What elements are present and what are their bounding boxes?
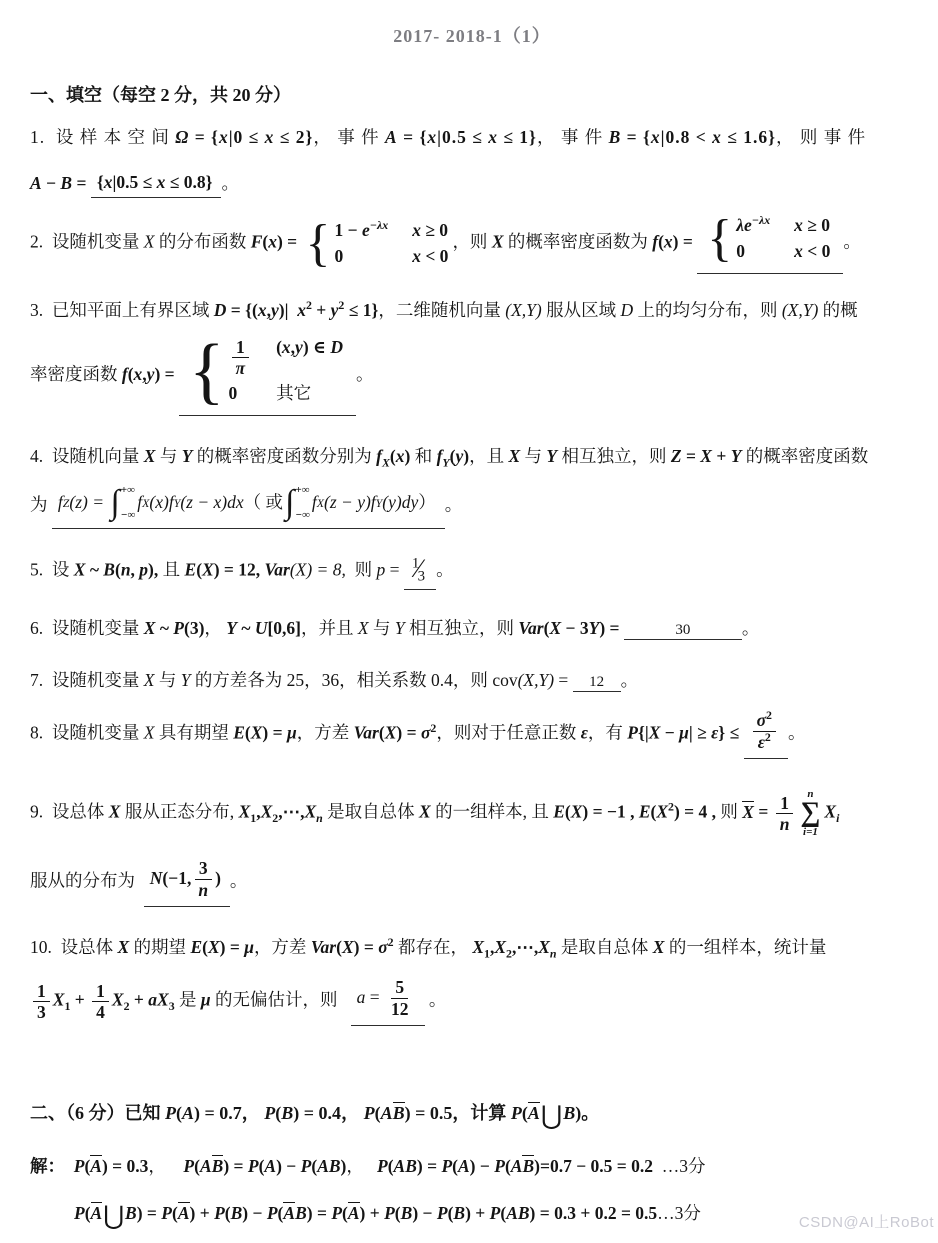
math-text: A bbox=[200, 1156, 212, 1176]
math-text: 。 bbox=[221, 173, 239, 193]
math-text: 是 bbox=[175, 990, 201, 1010]
math-text: λe bbox=[736, 215, 752, 235]
math-text: 4. 设随机向量 bbox=[30, 446, 144, 466]
math-text: N bbox=[150, 868, 163, 890]
fraction-denominator: ε2 bbox=[754, 732, 775, 753]
question-7-line: 7. 设随机变量 X 与 Y 的方差各为 25，36，相关系数 0.4，则 co… bbox=[30, 670, 914, 692]
math-text: ε bbox=[758, 732, 765, 752]
math-text: ) + bbox=[465, 1203, 490, 1223]
math-text: ) = bbox=[223, 1156, 248, 1176]
fraction-denominator: 3 bbox=[33, 1002, 50, 1023]
math-text: A bbox=[178, 1203, 190, 1223]
math-text: = bbox=[72, 173, 91, 193]
math-text: x bbox=[794, 215, 803, 235]
math-text: = bbox=[365, 987, 384, 1009]
fraction: 3n bbox=[194, 858, 212, 900]
math-text: (z − y) bbox=[324, 492, 371, 514]
math-text: 1 bbox=[96, 981, 105, 1001]
fraction-denominator: 12 bbox=[387, 999, 413, 1020]
integral-symbol: ∫ bbox=[110, 486, 119, 520]
math-text: ， 事 件 bbox=[537, 127, 609, 147]
math-text: A bbox=[348, 1203, 360, 1223]
math-text: (z) = bbox=[69, 492, 108, 514]
watermark: CSDN@AI上RoBot bbox=[799, 1211, 934, 1232]
math-text: x bbox=[219, 127, 229, 147]
fraction: 1π bbox=[232, 337, 250, 379]
overline-expression: A bbox=[178, 1202, 190, 1222]
math-text: ） bbox=[418, 492, 436, 514]
math-text: 则 bbox=[346, 559, 377, 579]
integral-lower-limit: −∞ bbox=[295, 510, 310, 521]
math-text: X bbox=[53, 990, 65, 1010]
fraction: 512 bbox=[387, 977, 413, 1019]
math-text: P bbox=[441, 1156, 452, 1176]
union-symbol: ⋃ bbox=[103, 1204, 124, 1229]
math-subscript: n bbox=[316, 811, 323, 825]
math-text: ，有 bbox=[588, 723, 627, 743]
math-text: x bbox=[794, 241, 803, 261]
math-text: < 0 bbox=[421, 246, 448, 266]
math-text: ， bbox=[204, 618, 226, 638]
math-text: A bbox=[264, 1156, 276, 1176]
fraction-numerator: 1 bbox=[232, 337, 249, 359]
math-text: ,⋯, bbox=[512, 937, 538, 957]
math-text: Y bbox=[181, 670, 191, 690]
math-text: B bbox=[563, 1103, 575, 1123]
union-symbol: ⋃ bbox=[541, 1103, 562, 1129]
math-text: ) = 0.3 + 0.2 = 0.5 bbox=[530, 1203, 658, 1223]
math-text: |0.8 < bbox=[661, 127, 712, 147]
math-text: (−1, bbox=[162, 868, 191, 890]
math-text: μ bbox=[201, 990, 211, 1010]
math-text: μ bbox=[244, 937, 254, 957]
math-text: (y)dy bbox=[382, 492, 418, 514]
math-text: ≤ 1.6} bbox=[722, 127, 776, 147]
math-text: 2. 设随机变量 bbox=[30, 232, 144, 252]
math-text: 的概 bbox=[818, 300, 857, 320]
math-text: Y bbox=[376, 496, 383, 510]
fraction-numerator: 1 bbox=[33, 981, 50, 1003]
math-text: n bbox=[550, 947, 557, 961]
integral-upper-limit: +∞ bbox=[295, 485, 310, 496]
math-text: { bbox=[97, 172, 104, 194]
math-text: X bbox=[304, 802, 316, 822]
math-text: B bbox=[103, 559, 115, 579]
solution-line-1: 解： P(A) = 0.3， P(AB) = P(A) − P(AB)， P(A… bbox=[30, 1155, 914, 1178]
math-subscript: Y bbox=[442, 455, 449, 469]
math-text: A bbox=[381, 1103, 393, 1123]
math-text: {| bbox=[638, 723, 649, 743]
math-text: P bbox=[173, 618, 184, 638]
math-text: 10. 设总体 bbox=[30, 937, 118, 957]
math-text: −λx bbox=[752, 213, 770, 227]
math-text: 。 bbox=[581, 1103, 599, 1123]
question-9-line-2: 服从的分布为 N(−1,3n)。 bbox=[30, 858, 914, 907]
math-text: x bbox=[412, 220, 421, 240]
math-text: 1 − bbox=[335, 220, 362, 240]
math-text: 5. 设 bbox=[30, 559, 74, 579]
math-text: P bbox=[301, 1156, 312, 1176]
math-text: 解： bbox=[30, 1156, 74, 1176]
fraction-denominator: n bbox=[776, 814, 794, 835]
math-text: Z bbox=[671, 446, 682, 466]
cases-value: 0 bbox=[229, 383, 253, 405]
math-text: < 0 bbox=[803, 241, 830, 261]
math-text: − bbox=[660, 723, 679, 743]
math-text: 且 bbox=[158, 559, 184, 579]
math-text: )| bbox=[279, 300, 297, 320]
math-text: (X,Y) bbox=[518, 670, 554, 690]
math-text: B bbox=[212, 1156, 224, 1176]
answer-underline: N(−1,3n) bbox=[144, 858, 230, 907]
math-text: ， bbox=[242, 1103, 265, 1123]
math-text: X bbox=[492, 232, 504, 252]
math-text: (x) bbox=[149, 492, 168, 514]
math-text: 9. 设总体 bbox=[30, 802, 109, 822]
math-text: ) = bbox=[354, 937, 379, 957]
math-text: X bbox=[358, 618, 369, 638]
math-text: 与 bbox=[369, 618, 395, 638]
math-text: (X) = 8, bbox=[290, 559, 346, 579]
math-text: X bbox=[112, 990, 124, 1010]
math-text: 二、（6 分）已知 bbox=[30, 1103, 165, 1123]
math-text: a bbox=[357, 987, 366, 1009]
math-text: E bbox=[639, 802, 651, 822]
math-text: E bbox=[190, 937, 202, 957]
math-text: 率密度函数 bbox=[30, 364, 122, 384]
question-10-line-1: 10. 设总体 X 的期望 E(X) = μ，方差 Var(X) = σ2 都存… bbox=[30, 937, 914, 959]
math-text: 的期望 bbox=[129, 937, 190, 957]
overline-expression: B bbox=[522, 1155, 534, 1175]
math-text: x bbox=[427, 127, 437, 147]
integral-limits: +∞−∞ bbox=[121, 484, 136, 522]
math-text: 的分布函数 bbox=[154, 232, 250, 252]
math-text: P bbox=[74, 1156, 85, 1176]
math-text: 。 bbox=[356, 364, 374, 384]
math-text: ) = bbox=[417, 1156, 442, 1176]
math-text: 0 bbox=[736, 241, 745, 261]
math-text: = { bbox=[621, 127, 651, 147]
math-text: 的概率密度函数分别为 bbox=[192, 446, 376, 466]
math-text: + bbox=[70, 990, 89, 1010]
math-text: 为 bbox=[30, 494, 52, 514]
math-text: e bbox=[362, 220, 370, 240]
question-6-line: 6. 设随机变量 X ~ P(3)， Y ~ U[0,6]，并且 X 与 Y 相… bbox=[30, 618, 914, 640]
math-text: ) = bbox=[154, 364, 179, 384]
math-text: ≥ 0 bbox=[803, 215, 830, 235]
math-text: x bbox=[712, 127, 722, 147]
math-text: P bbox=[161, 1203, 172, 1223]
math-text: = {( bbox=[226, 300, 257, 320]
math-text: 。 bbox=[621, 670, 639, 690]
math-text: X bbox=[109, 802, 121, 822]
fraction-numerator: 3 bbox=[195, 858, 212, 880]
math-text: X bbox=[144, 618, 156, 638]
math-text: A bbox=[458, 1156, 470, 1176]
math-text: Var bbox=[311, 937, 336, 957]
math-text: ~ bbox=[237, 618, 255, 638]
cases-condition: x < 0 bbox=[412, 246, 448, 268]
question-8-line: 8. 设随机变量 X 具有期望 E(X) = μ，方差 Var(X) = σ2，… bbox=[30, 710, 914, 759]
math-text: A bbox=[30, 173, 42, 193]
section-2-header: 二、（6 分）已知 P(A) = 0.7， P(B) = 0.4， P(AB) … bbox=[30, 1102, 914, 1129]
math-text: …3分 bbox=[657, 1203, 701, 1223]
math-text: ， bbox=[341, 1103, 364, 1123]
math-text: X bbox=[472, 937, 484, 957]
math-text: A bbox=[91, 1203, 103, 1223]
math-text: ) = 0.7 bbox=[194, 1103, 242, 1123]
math-text: X bbox=[261, 802, 273, 822]
cases-grid: λe−λxx ≥ 00x < 0 bbox=[736, 215, 830, 263]
math-text: 1 bbox=[37, 981, 46, 1001]
math-subscript: n bbox=[550, 947, 557, 961]
cases-brace: { bbox=[707, 214, 732, 263]
math-text: = bbox=[682, 446, 701, 466]
math-text: Y bbox=[546, 446, 557, 466]
math-text: X bbox=[251, 723, 263, 743]
math-text: aX bbox=[148, 990, 168, 1010]
math-text: ε bbox=[581, 723, 588, 743]
math-text: [0,6] bbox=[267, 618, 301, 638]
math-text: 是取自总体 bbox=[323, 802, 419, 822]
fraction-denominator: π bbox=[232, 358, 250, 379]
math-text: ) ∈ bbox=[303, 337, 331, 357]
math-text: ) + bbox=[360, 1203, 385, 1223]
math-text: 2 bbox=[765, 730, 771, 744]
math-text: （ 或 bbox=[244, 492, 283, 514]
math-text: X bbox=[118, 937, 130, 957]
fraction-numerator: 1 bbox=[776, 793, 793, 815]
answer-underline: {λe−λxx ≥ 00x < 0 bbox=[697, 214, 843, 273]
math-text: 与 bbox=[154, 670, 180, 690]
math-text: X bbox=[656, 802, 668, 822]
math-text: (z − x)dx bbox=[180, 492, 243, 514]
math-text: B bbox=[609, 127, 622, 147]
math-text: cov bbox=[492, 670, 517, 690]
math-text: P bbox=[627, 723, 638, 743]
math-text: U bbox=[255, 618, 268, 638]
math-text: ) = bbox=[137, 1203, 162, 1223]
math-text: ， bbox=[148, 1156, 183, 1176]
fraction-denominator: 4 bbox=[92, 1002, 109, 1023]
answer-underline: {x|0.5 ≤ x ≤ 0.8} bbox=[91, 172, 222, 198]
math-text: (X,Y) bbox=[505, 300, 541, 320]
math-text: 的一组样本, 且 bbox=[431, 802, 554, 822]
math-text: X bbox=[549, 618, 561, 638]
math-text: ~ bbox=[85, 559, 103, 579]
math-text: ) = 0.3 bbox=[102, 1156, 148, 1176]
math-text: 上的均匀分布，则 bbox=[633, 300, 782, 320]
math-text: −λx bbox=[370, 218, 388, 232]
cases-expression: {1π(x,y) ∈ D0其它 bbox=[189, 336, 343, 406]
math-text: B bbox=[401, 1203, 413, 1223]
math-text: ≤ 1} bbox=[344, 300, 378, 320]
math-text: P bbox=[331, 1203, 342, 1223]
fraction: σ2ε2 bbox=[753, 710, 776, 752]
math-text: P bbox=[267, 1203, 278, 1223]
overline-expression: A bbox=[348, 1202, 360, 1222]
math-text: ) bbox=[215, 868, 221, 890]
math-text: Y bbox=[395, 618, 405, 638]
math-text: X bbox=[508, 446, 520, 466]
question-10-line-2: 13X1 + 14X2 + aX3 是 μ 的无偏估计，则 a = 512 。 bbox=[30, 977, 914, 1026]
integral-limits: +∞−∞ bbox=[295, 484, 310, 522]
question-2-line: 2. 设随机变量 X 的分布函数 F(x) = {1 − e−λxx ≥ 00x… bbox=[30, 214, 914, 273]
math-text: 与 bbox=[155, 446, 181, 466]
math-text: (3) bbox=[184, 618, 204, 638]
math-text: ≤ 2} bbox=[274, 127, 313, 147]
math-text: μ bbox=[287, 723, 297, 743]
question-3-line-2: 率密度函数 f(x,y) = {1π(x,y) ∈ D0其它。 bbox=[30, 336, 914, 416]
math-text: 具有期望 bbox=[154, 723, 233, 743]
cases-condition: x < 0 bbox=[794, 241, 830, 263]
math-text: 其它 bbox=[276, 383, 311, 403]
overline-expression: A bbox=[90, 1155, 102, 1175]
integral: ∫+∞−∞ bbox=[285, 484, 310, 522]
fraction: 13 bbox=[33, 981, 50, 1023]
math-text: ) = bbox=[220, 937, 245, 957]
question-9-line-1: 9. 设总体 X 服从正态分布, X1,X2,⋯,Xn 是取自总体 X 的一组样… bbox=[30, 789, 914, 838]
math-text: |0.5 ≤ bbox=[437, 127, 488, 147]
math-text: ) = 0.4 bbox=[293, 1103, 341, 1123]
math-superscript: 2 bbox=[766, 708, 772, 722]
math-text: Var bbox=[265, 559, 290, 579]
math-text: ) = bbox=[673, 232, 698, 252]
math-text: P bbox=[364, 1103, 375, 1123]
math-text: 。 bbox=[843, 232, 861, 252]
math-text: 0 bbox=[335, 246, 344, 266]
math-text: X bbox=[742, 802, 754, 822]
math-text: ) − bbox=[412, 1203, 437, 1223]
math-text: ) = bbox=[396, 723, 421, 743]
math-text: ) = −1 , bbox=[582, 802, 638, 822]
math-text: n bbox=[121, 559, 131, 579]
math-text: P bbox=[437, 1203, 448, 1223]
math-text: )=0.7 − 0.5 = 0.2 bbox=[534, 1156, 653, 1176]
math-text: ≤ 1} bbox=[498, 127, 537, 147]
math-text: 的概率密度函数 bbox=[741, 446, 868, 466]
fraction-denominator: 3 bbox=[418, 568, 425, 584]
math-text: X bbox=[144, 723, 155, 743]
math-text: ，计算 bbox=[452, 1103, 511, 1123]
math-text: X bbox=[385, 723, 397, 743]
math-text: B bbox=[295, 1203, 307, 1223]
math-text: p bbox=[376, 559, 385, 579]
math-text: P bbox=[248, 1156, 259, 1176]
math-text: AB bbox=[317, 1156, 340, 1176]
math-text: 是取自总体 bbox=[557, 937, 653, 957]
math-text: x bbox=[134, 364, 143, 384]
math-text: ) = bbox=[277, 232, 302, 252]
math-text: 都存在， bbox=[394, 937, 473, 957]
math-text: X bbox=[144, 446, 156, 466]
math-text: P bbox=[490, 1203, 501, 1223]
answer-underline: {1π(x,y) ∈ D0其它 bbox=[179, 336, 356, 416]
math-text: 4 bbox=[96, 1002, 105, 1022]
math-text: − bbox=[42, 173, 61, 193]
math-text: = { bbox=[398, 127, 428, 147]
blank-answer: 30 bbox=[624, 622, 742, 640]
math-text: μ bbox=[679, 723, 689, 743]
math-text: 。 bbox=[230, 871, 248, 891]
overline-expression: B bbox=[212, 1155, 224, 1175]
math-text: 1 bbox=[780, 793, 789, 813]
cases-grid: 1 − e−λxx ≥ 00x < 0 bbox=[335, 220, 449, 268]
math-superscript: −λx bbox=[752, 213, 770, 227]
math-text: 1. 设 样 本 空 间 bbox=[30, 127, 175, 147]
math-text: A bbox=[385, 127, 398, 147]
math-text: = { bbox=[189, 127, 219, 147]
math-text: X bbox=[571, 802, 583, 822]
sum-symbol: ∑ bbox=[800, 800, 820, 827]
math-text: n bbox=[198, 880, 208, 900]
math-text: σ bbox=[378, 937, 387, 957]
math-text: x bbox=[412, 246, 421, 266]
math-text: X bbox=[74, 559, 86, 579]
math-text: Ω bbox=[175, 127, 189, 147]
math-text: + bbox=[312, 300, 331, 320]
question-4-line-2: 为 fZ(z) = ∫+∞−∞fX(x)fY(z − x)dx（ 或∫+∞−∞f… bbox=[30, 484, 914, 529]
math-text: x bbox=[265, 127, 275, 147]
math-text: B bbox=[281, 1103, 293, 1123]
math-subscript: i bbox=[836, 811, 839, 825]
math-text: Var bbox=[518, 618, 543, 638]
math-text: ，则 bbox=[452, 232, 491, 252]
math-text: |0.5 ≤ bbox=[113, 172, 157, 194]
overline-expression: A bbox=[528, 1102, 540, 1123]
math-text: 的一组样本，统计量 bbox=[664, 937, 826, 957]
math-text: ≤ 0.8} bbox=[165, 172, 212, 194]
math-text: ≥ 0 bbox=[421, 220, 448, 240]
math-text: ) − bbox=[242, 1203, 267, 1223]
math-text: X bbox=[700, 446, 712, 466]
math-text: ) = 0.5 bbox=[405, 1103, 453, 1123]
math-text: X bbox=[239, 802, 251, 822]
math-text: X bbox=[419, 802, 431, 822]
math-text: ，二维随机向量 bbox=[378, 300, 505, 320]
math-text: 5 bbox=[395, 977, 404, 997]
math-text: ) = bbox=[307, 1203, 332, 1223]
math-text: ，则对于任意正数 bbox=[436, 723, 580, 743]
diagonal-fraction: 1⁄3 bbox=[412, 553, 425, 586]
math-text: + bbox=[712, 446, 731, 466]
math-text: 0 bbox=[229, 383, 238, 403]
math-subscript: X bbox=[382, 455, 390, 469]
math-text: ,⋯, bbox=[278, 802, 304, 822]
math-text: 1 bbox=[236, 337, 245, 357]
math-text: E bbox=[233, 723, 245, 743]
math-text: B bbox=[125, 1203, 137, 1223]
math-text: X bbox=[202, 559, 214, 579]
math-superscript: −λx bbox=[370, 218, 388, 232]
math-text: π bbox=[236, 358, 246, 378]
page-title: 2017- 2018-1（1） bbox=[30, 22, 914, 48]
math-text: ~ bbox=[155, 618, 173, 638]
fraction-denominator: n bbox=[194, 880, 212, 901]
math-text: B bbox=[393, 1103, 405, 1123]
math-text: ，并且 bbox=[301, 618, 358, 638]
math-text: A bbox=[283, 1203, 295, 1223]
overline-expression: A bbox=[283, 1202, 295, 1222]
math-text: 。 bbox=[425, 990, 447, 1010]
math-text: 服从正态分布, bbox=[120, 802, 238, 822]
math-text: P bbox=[264, 1103, 275, 1123]
math-text: i bbox=[836, 811, 839, 825]
math-text: P bbox=[74, 1203, 85, 1223]
math-text: x bbox=[651, 127, 661, 147]
math-text: x bbox=[104, 172, 113, 194]
integral: ∫+∞−∞ bbox=[110, 484, 135, 522]
